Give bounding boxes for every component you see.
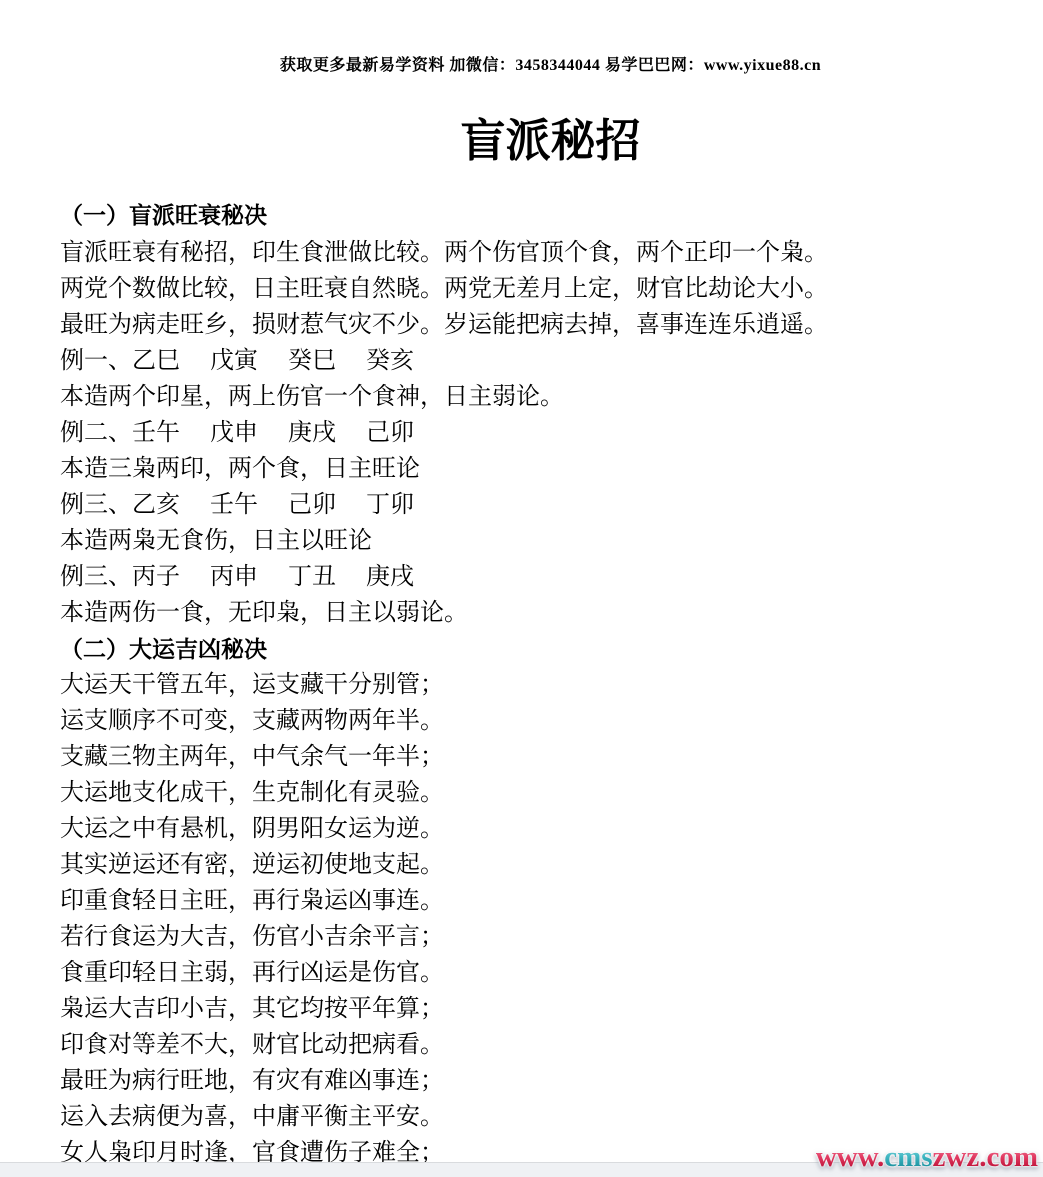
body-line: 其实逆运还有密，逆运初使地支起。 (60, 847, 1041, 883)
body-line: 枭运大吉印小吉，其它均按平年算； (60, 991, 1041, 1027)
body-line: 支藏三物主两年，中气余气一年半； (60, 739, 1041, 775)
body-line: 例三、丙子 丙申 丁丑 庚戌 (60, 559, 1041, 595)
body-line: 例三、乙亥 壬午 己卯 丁卯 (60, 487, 1041, 523)
body-line: 大运之中有悬机，阴男阳女运为逆。 (60, 811, 1041, 847)
body-line: 例二、壬午 戊申 庚戌 己卯 (60, 415, 1041, 451)
body-line: 本造三枭两印，两个食，日主旺论 (60, 451, 1041, 487)
page-title: 盲派秘招 (60, 115, 1041, 167)
watermark-prefix: www. (816, 1141, 884, 1173)
watermark-mid: cms (884, 1141, 932, 1173)
body-line: 例一、乙巳 戊寅 癸巳 癸亥 (60, 343, 1041, 379)
promo-header-note: 获取更多最新易学资料 加微信：3458344044 易学巴巴网：www.yixu… (60, 0, 1041, 77)
body-line: 本造两伤一食，无印枭，日主以弱论。 (60, 595, 1041, 631)
body-line: 大运天干管五年，运支藏干分别管； (60, 667, 1041, 703)
section-heading: （一）盲派旺衰秘决 (60, 197, 1041, 233)
body-line: 运入去病便为喜，中庸平衡主平安。 (60, 1099, 1041, 1135)
body-line: 两党个数做比较，日主旺衰自然晓。两党无差月上定，财官比劫论大小。 (60, 271, 1041, 307)
body-line: 最旺为病行旺地，有灾有难凶事连； (60, 1063, 1041, 1099)
body-line: 食重印轻日主弱，再行凶运是伤官。 (60, 955, 1041, 991)
section-heading: （二）大运吉凶秘决 (60, 631, 1041, 667)
watermark: www.cmszwz.com (816, 1140, 1038, 1174)
document-body: （一）盲派旺衰秘决盲派旺衰有秘招，印生食泄做比较。两个伤官顶个食，两个正印一个枭… (60, 197, 1041, 1171)
body-line: 大运地支化成干，生克制化有灵验。 (60, 775, 1041, 811)
body-line: 运支顺序不可变，支藏两物两年半。 (60, 703, 1041, 739)
watermark-suffix: zwz.com (933, 1141, 1038, 1173)
body-line: 若行食运为大吉，伤官小吉余平言； (60, 919, 1041, 955)
body-line: 印重食轻日主旺，再行枭运凶事连。 (60, 883, 1041, 919)
body-line: 本造两枭无食伤，日主以旺论 (60, 523, 1041, 559)
body-line: 盲派旺衰有秘招，印生食泄做比较。两个伤官顶个食，两个正印一个枭。 (60, 235, 1041, 271)
body-line: 印食对等差不大，财官比动把病看。 (60, 1027, 1041, 1063)
body-line: 本造两个印星，两上伤官一个食神，日主弱论。 (60, 379, 1041, 415)
document-content: 获取更多最新易学资料 加微信：3458344044 易学巴巴网：www.yixu… (0, 0, 1043, 1171)
document-page: 获取更多最新易学资料 加微信：3458344044 易学巴巴网：www.yixu… (0, 0, 1043, 1177)
body-line: 最旺为病走旺乡，损财惹气灾不少。岁运能把病去掉，喜事连连乐逍遥。 (60, 307, 1041, 343)
